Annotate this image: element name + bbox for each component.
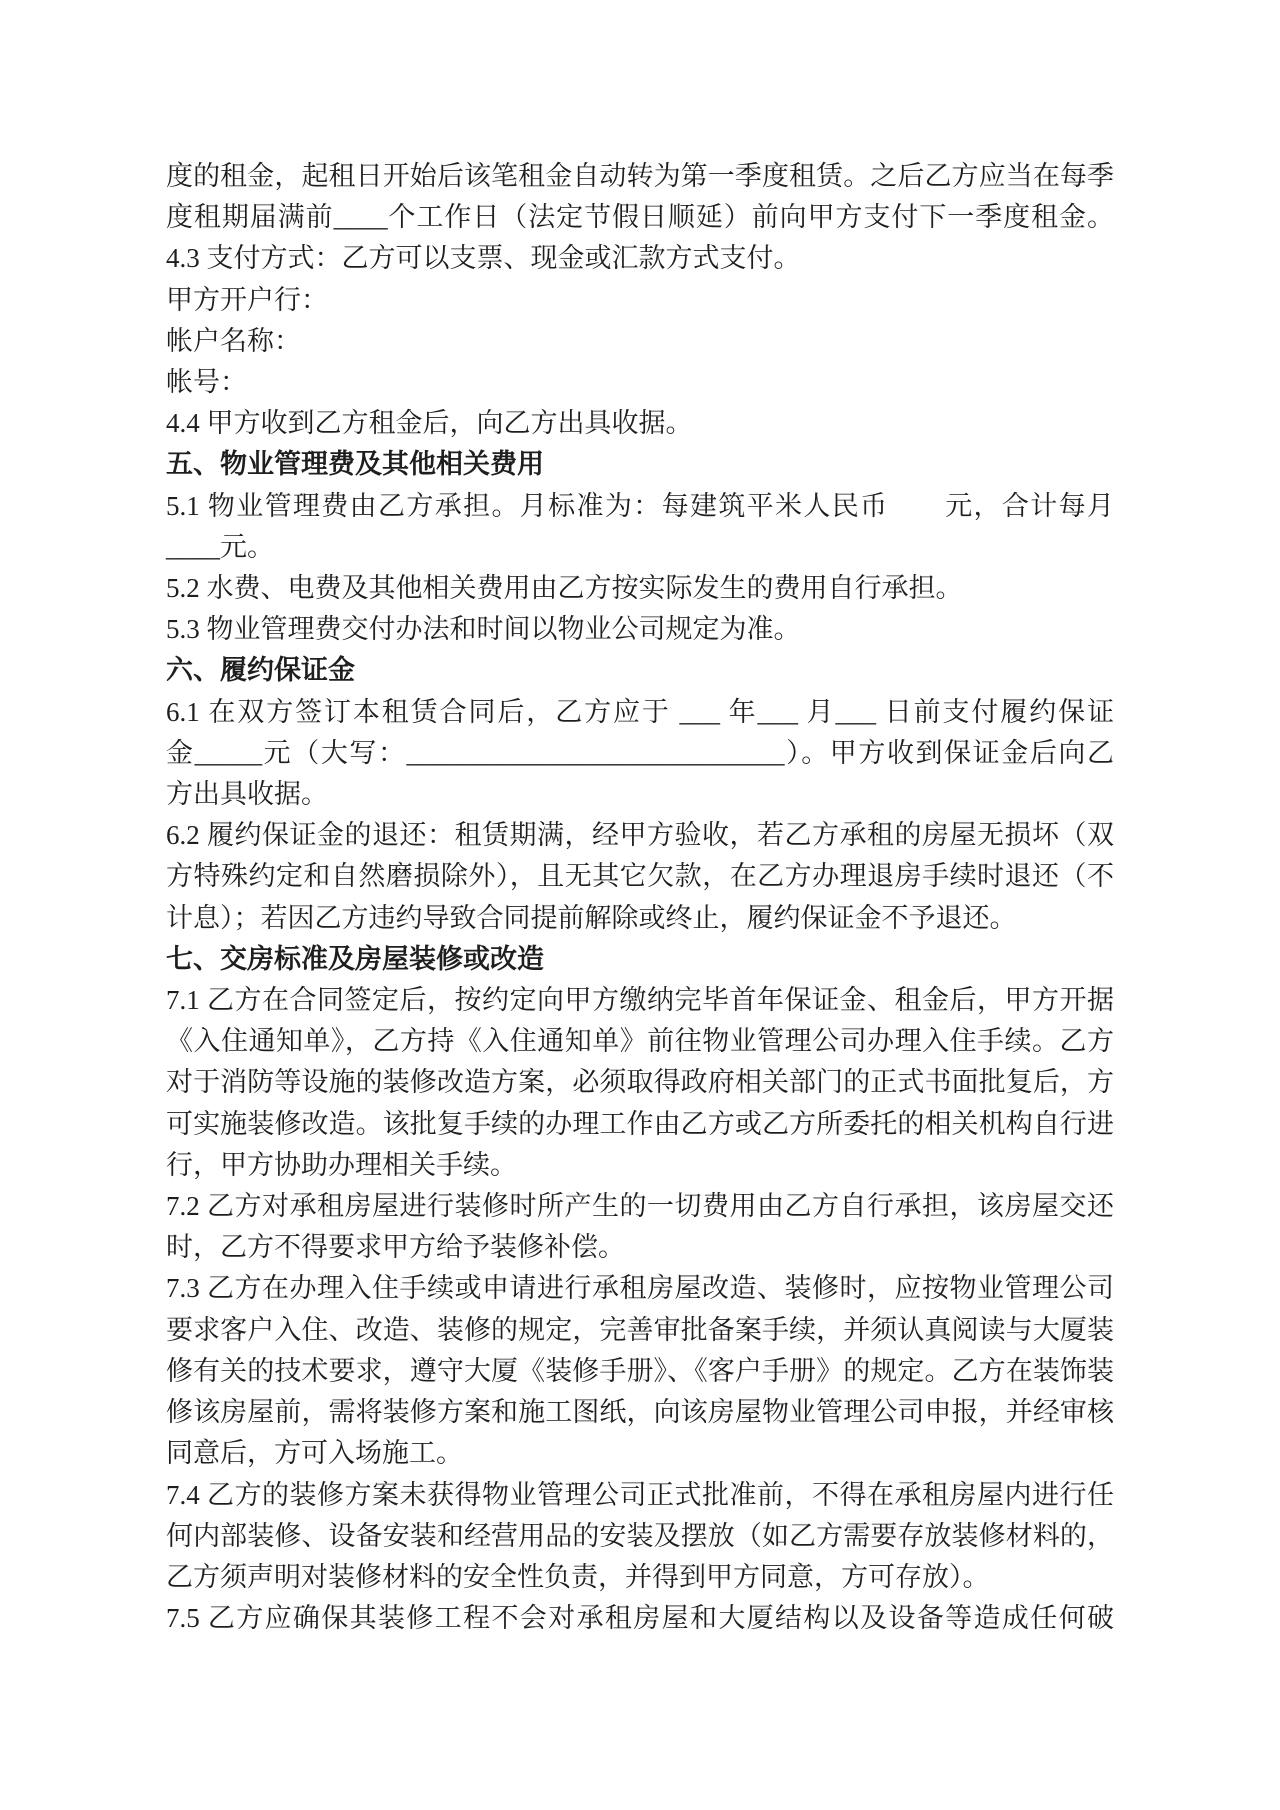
text-line: 何内部装修、设备安装和经营用品的安装及摆放（如乙方需要存放装修材料的， — [166, 1516, 1114, 1557]
text-line: 7.4 乙方的装修方案未获得物业管理公司正式批准前，不得在承租房屋内进行任 — [166, 1475, 1114, 1516]
section-heading: 五、物业管理费及其他相关费用 — [166, 444, 1114, 485]
text-line: 对于消防等设施的装修改造方案，必须取得政府相关部门的正式书面批复后，方 — [166, 1062, 1114, 1103]
text-line: 帐号： — [166, 362, 1114, 403]
section-heading: 六、履约保证金 — [166, 650, 1114, 691]
text-line: ____元。 — [166, 527, 1114, 568]
text-line: 金_____元（大写：____________________________）… — [166, 733, 1114, 774]
text-line: 修该房屋前，需将装修方案和施工图纸，向该房屋物业管理公司申报，并经审核 — [166, 1392, 1114, 1433]
text-line: 帐户名称： — [166, 321, 1114, 362]
text-line: 同意后，方可入场施工。 — [166, 1433, 1114, 1474]
text-line: 方特殊约定和自然磨损除外），且无其它欠款，在乙方办理退房手续时退还（不 — [166, 856, 1114, 897]
text-line: 7.5 乙方应确保其装修工程不会对承租房屋和大厦结构以及设备等造成任何破 — [166, 1598, 1114, 1639]
text-line: 《入住通知单》，乙方持《入住通知单》前往物业管理公司办理入住手续。乙方 — [166, 1021, 1114, 1062]
text-line: 修有关的技术要求，遵守大厦《装修手册》、《客户手册》的规定。乙方在装饰装 — [166, 1351, 1114, 1392]
text-line: 行，甲方协助办理相关手续。 — [166, 1145, 1114, 1186]
text-line: 甲方开户行： — [166, 280, 1114, 321]
text-line: 4.3 支付方式：乙方可以支票、现金或汇款方式支付。 — [166, 238, 1114, 279]
text-line: 5.3 物业管理费交付办法和时间以物业公司规定为准。 — [166, 609, 1114, 650]
contract-page: 度的租金，起租日开始后该笔租金自动转为第一季度租赁。之后乙方应当在每季度租期届满… — [0, 0, 1280, 1810]
text-line: 7.2 乙方对承租房屋进行装修时所产生的一切费用由乙方自行承担，该房屋交还 — [166, 1186, 1114, 1227]
text-line: 要求客户入住、改造、装修的规定，完善审批备案手续，并须认真阅读与大厦装 — [166, 1310, 1114, 1351]
text-line: 6.1 在双方签订本租赁合同后，乙方应于 ___ 年___ 月___ 日前支付履… — [166, 692, 1114, 733]
text-line: 度的租金，起租日开始后该笔租金自动转为第一季度租赁。之后乙方应当在每季 — [166, 156, 1114, 197]
text-line: 5.1 物业管理费由乙方承担。月标准为：每建筑平米人民币 元，合计每月 — [166, 486, 1114, 527]
text-line: 时，乙方不得要求甲方给予装修补偿。 — [166, 1227, 1114, 1268]
document-text: 度的租金，起租日开始后该笔租金自动转为第一季度租赁。之后乙方应当在每季度租期届满… — [166, 156, 1114, 1639]
text-line: 4.4 甲方收到乙方租金后，向乙方出具收据。 — [166, 403, 1114, 444]
text-line: 7.1 乙方在合同签定后，按约定向甲方缴纳完毕首年保证金、租金后，甲方开据 — [166, 980, 1114, 1021]
text-line: 乙方须声明对装修材料的安全性负责，并得到甲方同意，方可存放）。 — [166, 1557, 1114, 1598]
section-heading: 七、交房标准及房屋装修或改造 — [166, 939, 1114, 980]
text-line: 计息）；若因乙方违约导致合同提前解除或终止，履约保证金不予退还。 — [166, 898, 1114, 939]
text-line: 7.3 乙方在办理入住手续或申请进行承租房屋改造、装修时，应按物业管理公司 — [166, 1268, 1114, 1309]
text-line: 可实施装修改造。该批复手续的办理工作由乙方或乙方所委托的相关机构自行进 — [166, 1104, 1114, 1145]
text-line: 度租期届满前____个工作日（法定节假日顺延）前向甲方支付下一季度租金。 — [166, 197, 1114, 238]
text-line: 6.2 履约保证金的退还：租赁期满，经甲方验收，若乙方承租的房屋无损坏（双 — [166, 815, 1114, 856]
text-line: 5.2 水费、电费及其他相关费用由乙方按实际发生的费用自行承担。 — [166, 568, 1114, 609]
text-line: 方出具收据。 — [166, 774, 1114, 815]
